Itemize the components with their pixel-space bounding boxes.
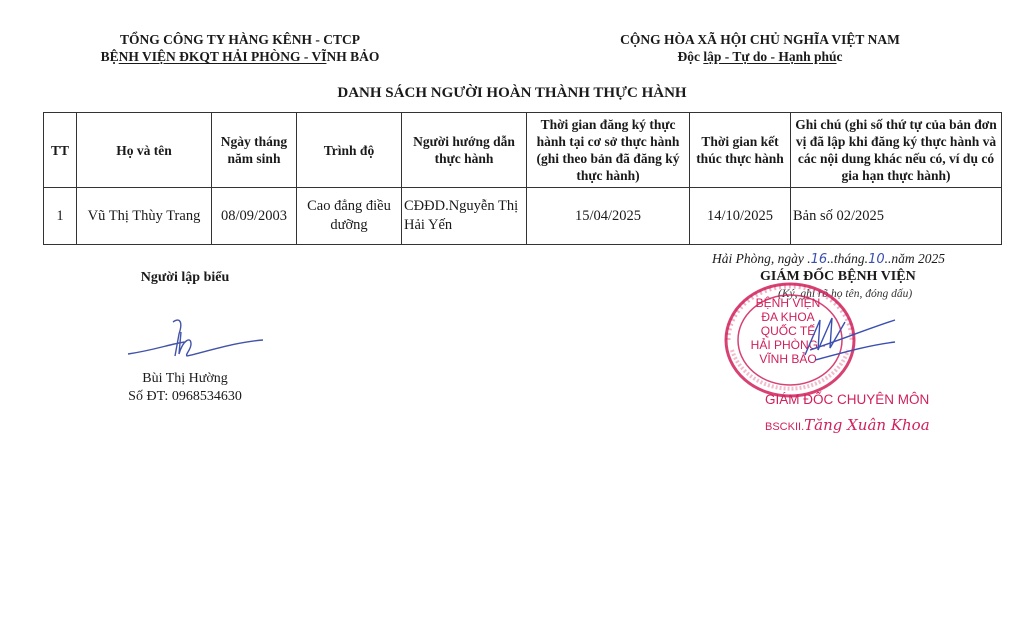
col-header-name: Họ và tên xyxy=(77,113,212,188)
cell-end-date: 14/10/2025 xyxy=(690,188,791,245)
maker-name: Bùi Thị Hường xyxy=(100,370,270,388)
document-title: DANH SÁCH NGƯỜI HOÀN THÀNH THỰC HÀNH xyxy=(0,85,1024,102)
col-header-level: Trình độ xyxy=(297,113,402,188)
signer-title: GIÁM ĐỐC CHUYÊN MÔN xyxy=(765,392,929,407)
handwritten-day: 16 xyxy=(811,252,828,267)
cell-index: 1 xyxy=(44,188,77,245)
place-date-line: Hải Phòng, ngày .16..tháng.10..năm 2025 xyxy=(712,251,945,267)
national-motto: Độc lập - Tự do - Hạnh phúc xyxy=(590,48,930,65)
maker-title: Người lập biểu xyxy=(100,270,270,286)
col-header-registration: Thời gian đăng ký thực hành tại cơ sở th… xyxy=(527,113,690,188)
cell-name: Vũ Thị Thùy Trang xyxy=(77,188,212,245)
cell-dob: 08/09/2003 xyxy=(212,188,297,245)
col-header-end-date: Thời gian kết thúc thực hành xyxy=(690,113,791,188)
cell-notes: Bản số 02/2025 xyxy=(791,188,1002,245)
col-header-index: TT xyxy=(44,113,77,188)
col-header-supervisor: Người hướng dẫn thực hành xyxy=(402,113,527,188)
cell-supervisor: CĐĐD.Nguyễn Thị Hải Yến xyxy=(402,188,527,245)
col-header-notes: Ghi chú (ghi số thứ tự của bản đơn vị đã… xyxy=(791,113,1002,188)
signer-name: BSCKII.Tăng Xuân Khoa xyxy=(765,416,930,435)
table-row: 1 Vũ Thị Thùy Trang 08/09/2003 Cao đẳng … xyxy=(44,188,1002,245)
maker-info: Bùi Thị Hường Số ĐT: 0968534630 xyxy=(100,370,270,406)
completion-table: TT Họ và tên Ngày tháng năm sinh Trình đ… xyxy=(43,112,1002,245)
maker-signature-icon xyxy=(125,312,265,362)
director-signature-icon xyxy=(790,300,900,370)
national-title: CỘNG HÒA XÃ HỘI CHỦ NGHĨA VIỆT NAM xyxy=(590,31,930,48)
parent-company: TỔNG CÔNG TY HÀNG KÊNH - CTCP xyxy=(60,31,420,48)
col-header-dob: Ngày tháng năm sinh xyxy=(212,113,297,188)
hospital-name: BỆNH VIỆN ĐKQT HẢI PHÒNG - VĨNH BẢO xyxy=(60,48,420,65)
maker-phone: Số ĐT: 0968534630 xyxy=(100,388,270,406)
cell-registration: 15/04/2025 xyxy=(527,188,690,245)
table-header-row: TT Họ và tên Ngày tháng năm sinh Trình đ… xyxy=(44,113,1002,188)
national-header: CỘNG HÒA XÃ HỘI CHỦ NGHĨA VIỆT NAM Độc l… xyxy=(590,31,930,65)
cell-level: Cao đẳng điều dưỡng xyxy=(297,188,402,245)
handwritten-month: 10 xyxy=(868,252,885,267)
organization-header: TỔNG CÔNG TY HÀNG KÊNH - CTCP BỆNH VIỆN … xyxy=(60,31,420,65)
